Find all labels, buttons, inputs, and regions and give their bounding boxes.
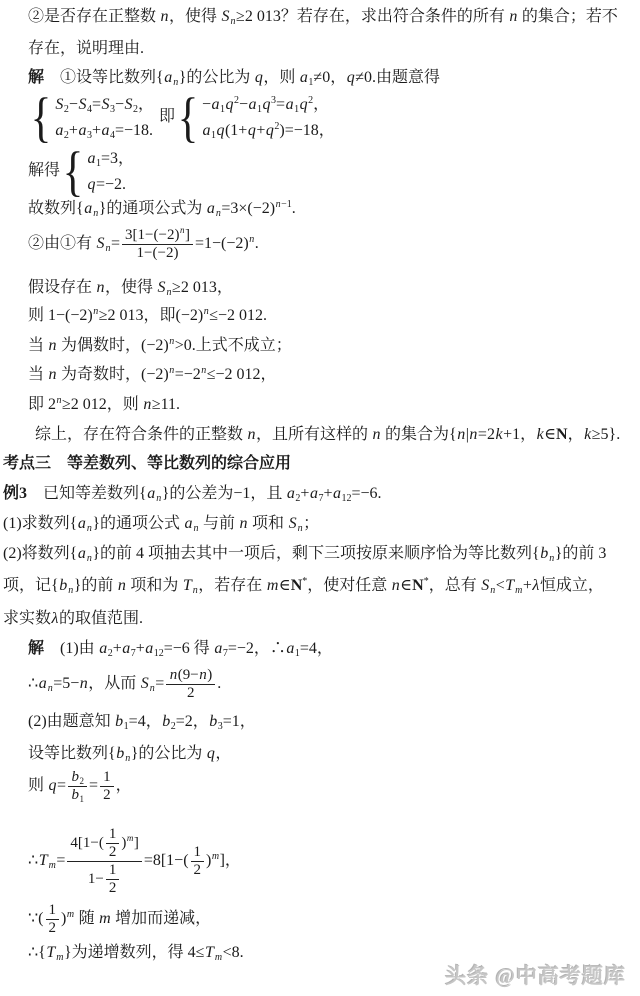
- math-variable: n: [247, 426, 256, 443]
- fraction: 3[1−(−2)n]1−(−2): [122, 227, 193, 262]
- math-variable: S: [221, 8, 230, 25]
- text-run: +: [92, 122, 101, 139]
- text-run: ≤−2 012.: [209, 307, 267, 324]
- subscript: 4: [110, 130, 115, 141]
- fraction-numerator: 1: [106, 826, 120, 844]
- math-variable: a: [38, 675, 47, 692]
- text-run: ②由①有: [28, 235, 96, 252]
- text-run: ≥2 012，则: [62, 396, 143, 413]
- text-run: 7: [131, 648, 136, 659]
- text-run: −: [202, 96, 211, 113]
- text-run: ，使得: [169, 8, 221, 25]
- cases-row: −a1q2−a1q3=a1q2，: [202, 94, 335, 115]
- superscript: m: [66, 909, 74, 920]
- text-run: 1: [211, 130, 216, 141]
- question2-line2: 存在，说明理由.: [0, 39, 640, 59]
- text-run: 即: [159, 107, 175, 127]
- cases-rows: S2−S4=S3−S2，a2+a3+a4=−18.: [55, 94, 154, 141]
- subscript: n: [193, 523, 199, 534]
- math-variable: n: [93, 208, 99, 219]
- text-run: 即 2: [28, 396, 56, 413]
- text-run: 项和: [248, 515, 288, 532]
- text-run: 则: [28, 777, 48, 794]
- text-run: 3: [110, 104, 115, 115]
- text-run: 2: [49, 920, 57, 936]
- subscript: n: [47, 683, 53, 694]
- subscript: 7: [318, 493, 323, 504]
- watermark-text: 头条 @中高考题库: [445, 960, 626, 990]
- math-variable: S: [288, 515, 297, 532]
- solution3-an-sn: ∴an=5−n，从而 Sn=n(9−n)2.: [0, 667, 640, 702]
- text-run: (2)由题意知: [28, 713, 115, 730]
- text-run: =3，: [101, 150, 134, 167]
- math-variable: q: [299, 96, 308, 113]
- text-run: ≥11.: [152, 396, 180, 413]
- math-variable: m: [214, 952, 222, 963]
- cases-system: {−a1q2−a1q3=a1q2，a1q(1+q+q2)=−18，: [175, 93, 335, 141]
- subscript: 1: [294, 104, 299, 115]
- text-run: }的前: [74, 577, 118, 594]
- math-variable: n: [193, 523, 199, 534]
- math-variable: a: [77, 515, 86, 532]
- math-variable: S: [78, 96, 87, 113]
- math-variable: a: [184, 515, 193, 532]
- text-run: 12: [341, 493, 351, 504]
- text-run: 1: [124, 721, 129, 732]
- text-run: =−2，∴: [228, 640, 286, 657]
- math-variable: m: [126, 833, 134, 843]
- math-variable: n: [47, 683, 53, 694]
- math-variable: n: [169, 365, 175, 376]
- superscript: n: [169, 365, 175, 376]
- text-run: 恒成立，: [540, 577, 604, 594]
- fraction: 12: [100, 769, 114, 804]
- math-variable: a: [214, 640, 223, 657]
- example3-part2b: 项，记{bn}的前 n 项和为 Tn，若存在 m∈N*，使对任意 n∈N*，总有…: [0, 576, 640, 596]
- math-variable: b: [71, 787, 80, 803]
- text-run: 1: [294, 104, 299, 115]
- fraction: 4[1−(12)m]1−12: [67, 826, 141, 897]
- text-run: ≥2 013，即(−2): [99, 307, 203, 324]
- text-run: 4[1−(: [70, 835, 103, 851]
- text-run: }为递增数列，得 4≤: [64, 944, 204, 961]
- fraction-denominator: 2: [106, 844, 120, 861]
- left-brace-glyph: {: [63, 147, 84, 196]
- text-run: +: [69, 122, 78, 139]
- math-variable: n: [169, 667, 178, 683]
- subscript: 4: [87, 104, 92, 115]
- subscript: 1: [96, 158, 101, 169]
- text-run: ∵(: [28, 910, 44, 927]
- math-variable: n: [105, 243, 111, 254]
- text-run: =: [57, 777, 66, 794]
- text-run: 2: [194, 862, 202, 878]
- bold-text: N: [291, 577, 303, 594]
- math-variable: n: [249, 234, 255, 245]
- cases-system: {a1=3，q=−2.: [60, 147, 134, 195]
- math-variable: q: [346, 69, 355, 86]
- text-run: =−2: [175, 366, 201, 383]
- math-variable: a: [99, 640, 108, 657]
- subscript: 7: [131, 648, 136, 659]
- sn-formula: ②由①有 Sn=3[1−(−2)n]1−(−2)=1−(−2)n.: [0, 227, 640, 262]
- math-variable: n: [86, 523, 92, 534]
- math-variable: q: [262, 96, 271, 113]
- subscript: 2: [133, 104, 138, 115]
- cases-row: q=−2.: [87, 174, 134, 195]
- text-run: ，若存在: [198, 577, 266, 594]
- text-run: 的集合为{: [381, 426, 457, 443]
- solution1-intro: 解 ①设等比数列{an}的公比为 q，则 a1≠0，q≠0.由题意得: [0, 68, 640, 88]
- math-variable: n: [509, 8, 518, 25]
- subscript: n: [192, 585, 198, 596]
- subscript: 1: [220, 104, 225, 115]
- math-variable: a: [211, 96, 220, 113]
- subscript: m: [48, 860, 56, 871]
- math-variable: k: [536, 426, 544, 443]
- bold-text: 解: [28, 640, 44, 657]
- math-variable: m: [48, 860, 56, 871]
- math-variable: n: [156, 493, 162, 504]
- math-variable: S: [140, 675, 149, 692]
- fraction-denominator: b1: [68, 787, 87, 804]
- text-run: (2)将数列{: [3, 545, 77, 562]
- text-run: ∈: [279, 577, 291, 594]
- text-run: 7: [318, 493, 323, 504]
- math-variable: b: [71, 769, 80, 785]
- subscript: 2: [108, 648, 113, 659]
- text-run: (9−: [178, 667, 199, 683]
- text-run: ，总有: [429, 577, 481, 594]
- text-run: 项和为: [126, 577, 182, 594]
- math-variable: a: [77, 545, 86, 562]
- text-run: 综上，存在符合条件的正整数: [35, 426, 247, 443]
- math-variable: a: [286, 640, 295, 657]
- subscript: 2: [64, 130, 69, 141]
- math-variable: S: [55, 96, 64, 113]
- subscript: n: [166, 287, 172, 298]
- superscript: 2: [234, 95, 239, 106]
- math-variable: n: [297, 523, 303, 534]
- math-variable: a: [87, 150, 96, 167]
- section-heading: 考点三 等差数列、等比数列的综合应用: [0, 454, 640, 474]
- superscript: m: [211, 851, 219, 862]
- text-run: =: [111, 235, 120, 252]
- text-run: =2，: [176, 713, 209, 730]
- math-variable: k: [495, 426, 503, 443]
- text-run: 4: [87, 104, 92, 115]
- text-run: +: [136, 640, 145, 657]
- subscript: n: [230, 16, 236, 27]
- text-run: }的通项公式为: [99, 200, 207, 217]
- solution3-decreasing: ∵(12)m 随 m 增加而递减，: [0, 902, 640, 937]
- text-run: ，则: [263, 69, 299, 86]
- math-variable: k: [584, 426, 592, 443]
- math-variable: n: [48, 337, 57, 354]
- subscript: 2: [295, 493, 300, 504]
- text-run: 1−: [88, 871, 104, 887]
- text-run: =3×(−2): [221, 200, 275, 217]
- text-run: ]: [185, 227, 190, 243]
- fraction-denominator: 2: [191, 862, 205, 879]
- text-run: 2: [171, 721, 176, 732]
- text-run: 则 1−(−2): [28, 307, 93, 324]
- text-run: =2: [478, 426, 495, 443]
- math-variable: m: [56, 952, 64, 963]
- cases-row: a2+a3+a4=−18.: [55, 120, 154, 141]
- cases-rows: a1=3，q=−2.: [87, 148, 134, 195]
- text-run: 存在，说明理由.: [28, 40, 144, 57]
- text-run: 为偶数时，(−2): [57, 337, 169, 354]
- fraction-numerator: 1: [46, 902, 60, 920]
- subscript: 1: [308, 77, 313, 88]
- document-page: ②是否存在正整数 n，使得 Sn≥2 013？若存在，求出符合条件的所有 n 的…: [0, 0, 640, 996]
- math-variable: b: [116, 745, 125, 762]
- text-run: =−2.: [96, 176, 126, 193]
- subscript: n: [215, 208, 221, 219]
- subscript: n: [297, 523, 303, 534]
- left-brace-glyph: {: [178, 93, 199, 142]
- example3-part1: (1)求数列{an}的通项公式 an 与前 n 项和 Sn；: [0, 514, 640, 534]
- subscript: m: [515, 585, 523, 596]
- text-run: }的通项公式: [92, 515, 184, 532]
- text-run: ，: [568, 426, 584, 443]
- math-variable: n: [201, 365, 207, 376]
- math-variable: a: [145, 640, 154, 657]
- text-run: 设等比数列{: [28, 745, 116, 762]
- text-run: }的前 4 项抽去其中一项后，剩下三项按原来顺序恰为等比数列{: [92, 545, 539, 562]
- text-run: 1: [194, 844, 202, 860]
- text-run: =8[1−(: [144, 852, 189, 869]
- superscript: n: [249, 234, 255, 245]
- math-variable: a: [164, 69, 173, 86]
- text-run: 3: [271, 95, 276, 106]
- text-run: }的公比为: [179, 69, 255, 86]
- subscript: 3: [110, 104, 115, 115]
- math-variable: n: [48, 366, 57, 383]
- text-run: −: [69, 96, 78, 113]
- text-run: ]: [134, 835, 139, 851]
- text-run: 2: [109, 880, 117, 896]
- math-variable: n: [239, 515, 248, 532]
- text-run: =1，: [223, 713, 256, 730]
- text-run: (1+: [225, 122, 247, 139]
- text-run: 2: [103, 787, 111, 803]
- text-run: )=−18，: [279, 122, 334, 139]
- math-variable: a: [202, 122, 211, 139]
- text-run: 12: [154, 648, 164, 659]
- text-run: ，: [138, 96, 154, 113]
- math-variable: T: [505, 577, 515, 594]
- text-run: ，: [215, 745, 231, 762]
- solution3-b-values: (2)由题意知 b1=4，b2=2，b3=1，: [0, 712, 640, 732]
- text-run: 2: [308, 95, 313, 106]
- text-run: ，且所有这样的: [256, 426, 372, 443]
- text-run: 1: [49, 902, 57, 918]
- fraction-denominator: 1−12: [67, 862, 141, 897]
- subscript: m: [214, 952, 222, 963]
- text-run: −: [239, 96, 248, 113]
- text-run: ，使得: [105, 279, 157, 296]
- math-variable: a: [285, 96, 294, 113]
- subscript: 3: [87, 130, 92, 141]
- text-run: 2: [64, 104, 69, 115]
- superscript: n: [93, 306, 99, 317]
- text-run: =−6 得: [164, 640, 214, 657]
- text-run: ≥2 013，: [172, 279, 233, 296]
- superscript: n: [203, 306, 209, 317]
- math-variable: b: [115, 713, 124, 730]
- text-run: 2: [80, 776, 85, 786]
- text-run: =1−(−2): [195, 235, 249, 252]
- superscript: n−1: [275, 199, 292, 210]
- subscript: 3: [218, 721, 223, 732]
- text-run: ∴{: [28, 944, 46, 961]
- math-variable: m: [66, 909, 74, 920]
- subscript: 1: [124, 721, 129, 732]
- math-variable: S: [101, 96, 110, 113]
- text-run: 2: [187, 685, 195, 701]
- text-run: 增加而递减，: [111, 910, 211, 927]
- bold-text: 考点三 等差数列、等比数列的综合应用: [3, 455, 291, 472]
- math-variable: S: [124, 96, 133, 113]
- text-run: ∈: [544, 426, 556, 443]
- text-run: ≥2 013？若存在，求出符合条件的所有: [236, 8, 509, 25]
- text-run: =−6.: [351, 485, 381, 502]
- text-run: =−18.: [115, 122, 153, 139]
- text-run: 7: [223, 648, 228, 659]
- math-variable: n: [143, 396, 152, 413]
- text-run: 故数列{: [28, 200, 84, 217]
- superscript: 2: [274, 121, 279, 132]
- subscript: 12: [341, 493, 351, 504]
- fraction: 12: [46, 902, 60, 937]
- math-variable: n: [372, 426, 381, 443]
- text-run: ，: [116, 777, 132, 794]
- math-variable: n: [169, 336, 175, 347]
- fraction-denominator: 2: [106, 880, 120, 897]
- subscript: n: [549, 553, 555, 564]
- fraction-numerator: 1: [100, 769, 114, 787]
- text-run: <8.: [223, 944, 244, 961]
- math-variable: n: [192, 585, 198, 596]
- text-run: ∴: [28, 852, 38, 869]
- subscript: 2: [80, 776, 85, 786]
- math-variable: a: [101, 122, 110, 139]
- text-run: ∈: [400, 577, 412, 594]
- superscript: *: [302, 576, 307, 587]
- text-run: 1: [109, 826, 117, 842]
- math-variable: b: [540, 545, 549, 562]
- subscript: 1: [295, 648, 300, 659]
- subscript: n: [149, 683, 155, 694]
- math-variable: q: [225, 96, 234, 113]
- math-variable: n: [125, 753, 131, 764]
- solution3-step1: 解 (1)由 a2+a7+a12=−6 得 a7=−2，∴a1=4，: [0, 639, 640, 659]
- text-run: +: [113, 640, 122, 657]
- conclusion: 综上，存在符合条件的正整数 n，且所有这样的 n 的集合为{n|n=2k+1，k…: [0, 425, 640, 445]
- cases-row: a1=3，: [87, 148, 134, 169]
- text-run: ，: [313, 96, 329, 113]
- text-run: 已知等差数列{: [27, 485, 147, 502]
- text-run: 4: [110, 130, 115, 141]
- math-variable: m: [99, 910, 112, 927]
- math-variable: n: [166, 287, 172, 298]
- text-run: 1: [103, 769, 111, 785]
- math-variable: n: [56, 395, 62, 406]
- fraction-denominator: 2: [100, 787, 114, 804]
- math-variable: λ: [51, 610, 59, 627]
- text-run: =: [89, 777, 98, 794]
- text-run: 1: [80, 794, 85, 804]
- subscript: 12: [154, 648, 164, 659]
- text-run: 1: [257, 104, 262, 115]
- text-run: =: [276, 96, 285, 113]
- cases-rows: −a1q2−a1q3=a1q2，a1q(1+q+q2)=−18，: [202, 94, 335, 141]
- text-run: 1: [308, 77, 313, 88]
- text-run: =: [92, 96, 101, 113]
- text-run: 1: [109, 862, 117, 878]
- math-variable: n: [549, 553, 555, 564]
- text-run: =5−: [53, 675, 79, 692]
- text-run: ；: [303, 515, 319, 532]
- subscript: n: [68, 585, 74, 596]
- assume-exists: 假设存在 n，使得 Sn≥2 013，: [0, 278, 640, 298]
- math-variable: q: [265, 122, 274, 139]
- even-case: 当 n 为偶数时，(−2)n>0.上式不成立；: [0, 336, 640, 356]
- fraction-denominator: 2: [166, 685, 215, 702]
- text-run: ): [207, 667, 212, 683]
- bold-text: N: [412, 577, 424, 594]
- superscript: *: [424, 576, 429, 587]
- math-variable: n: [203, 306, 209, 317]
- subscript: n: [93, 208, 99, 219]
- math-variable: S: [481, 577, 490, 594]
- fraction-numerator: b2: [68, 769, 87, 787]
- math-variable: a: [248, 96, 257, 113]
- text-run: 2: [64, 130, 69, 141]
- text-run: ①设等比数列{: [44, 69, 164, 86]
- subscript: 1: [211, 130, 216, 141]
- subscript: n: [490, 585, 496, 596]
- text-run: +: [256, 122, 265, 139]
- subscript: n: [125, 753, 131, 764]
- cases-system: {S2−S4=S3−S2，a2+a3+a4=−18.: [28, 93, 154, 141]
- text-run: 随: [75, 910, 99, 927]
- text-run: ，使对任意: [307, 577, 391, 594]
- math-variable: a: [147, 485, 156, 502]
- subscript: 2: [64, 104, 69, 115]
- text-run: −1: [281, 199, 292, 210]
- document-body: ②是否存在正整数 n，使得 Sn≥2 013？若存在，求出符合条件的所有 n 的…: [0, 0, 640, 963]
- text-run: .: [292, 200, 296, 217]
- bold-text: 例3: [3, 485, 27, 502]
- text-run: 2: [108, 648, 113, 659]
- text-run: 1: [220, 104, 225, 115]
- math-variable: n: [160, 8, 169, 25]
- fraction: 12: [106, 862, 120, 897]
- math-variable: n: [469, 426, 478, 443]
- fraction: b2b1: [68, 769, 87, 804]
- math-variable: n: [149, 683, 155, 694]
- text-run: ②是否存在正整数: [28, 8, 160, 25]
- text-run: 1: [295, 648, 300, 659]
- math-variable: a: [84, 200, 93, 217]
- subscript: 7: [223, 648, 228, 659]
- text-run: =4，: [129, 713, 162, 730]
- subscript: n: [105, 243, 111, 254]
- superscript: n: [56, 395, 62, 406]
